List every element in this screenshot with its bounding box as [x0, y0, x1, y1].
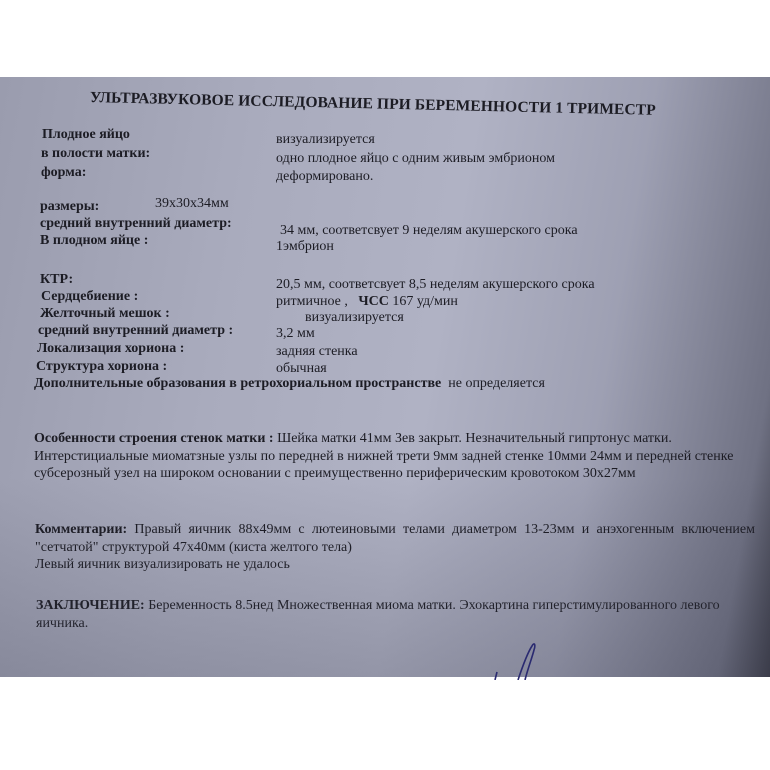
field-label: Сердцебиение :	[41, 289, 138, 305]
field-label: Локализация хориона :	[37, 341, 184, 357]
field-value: ритмичное , ЧСС 167 уд/мин	[276, 294, 458, 310]
comments-label: Комментарии:	[35, 522, 127, 537]
conclusion-section: ЗАКЛЮЧЕНИЕ: Беременность 8.5нед Множеств…	[36, 597, 766, 632]
field-label: форма:	[41, 165, 86, 181]
retrochorial-row: Дополнительные образования в ретрохориал…	[34, 376, 545, 392]
field-label: Структура хориона :	[36, 359, 167, 375]
field-label: средний внутренний диаметр:	[40, 216, 232, 232]
field-label: средний внутренний диаметр :	[38, 323, 233, 339]
comments-text-2: Левый яичник визуализировать не удалось	[35, 557, 290, 572]
walls-section: Особенности строения стенок матки : Шейк…	[34, 430, 770, 483]
field-label: КТР:	[40, 272, 73, 288]
field-value: одно плодное яйцо с одним живым эмбрионо…	[276, 151, 555, 167]
hr-label: ЧСС	[358, 294, 389, 309]
field-label: Дополнительные образования в ретрохориал…	[34, 376, 441, 391]
signature-mark	[470, 640, 590, 680]
field-label: Плодное яйцо	[42, 127, 130, 143]
field-value: деформировано.	[276, 169, 373, 185]
field-value: задняя стенка	[276, 344, 358, 360]
document-title: УЛЬТРАЗВУКОВОЕ ИССЛЕДОВАНИЕ ПРИ БЕРЕМЕНН…	[90, 89, 656, 120]
walls-label: Особенности строения стенок матки :	[34, 431, 274, 446]
field-label: Желточный мешок :	[40, 306, 170, 322]
field-value: не определяется	[448, 376, 545, 391]
document-photo: УЛЬТРАЗВУКОВОЕ ИССЛЕДОВАНИЕ ПРИ БЕРЕМЕНН…	[0, 77, 770, 677]
heartbeat-value: ритмичное ,	[276, 294, 348, 309]
field-value: 34 мм, соответсвует 9 неделям акушерског…	[280, 223, 578, 239]
field-label: размеры:	[40, 199, 99, 215]
field-value: 39x30x34мм	[155, 196, 229, 212]
comments-text: Правый яичник 88x49мм с лютеиновыми тела…	[35, 522, 755, 555]
conclusion-label: ЗАКЛЮЧЕНИЕ:	[36, 598, 145, 613]
field-label: В плодном яйце :	[40, 233, 148, 249]
field-value: визуализируется	[276, 132, 375, 148]
field-label: в полости матки:	[41, 146, 150, 162]
field-value: обычная	[276, 361, 327, 377]
field-value: визуализируется	[305, 310, 404, 326]
field-value: 3,2 мм	[276, 326, 315, 342]
comments-section: Комментарии: Правый яичник 88x49мм с лют…	[35, 521, 755, 574]
field-value: 20,5 мм, соответсвует 8,5 неделям акушер…	[276, 277, 595, 293]
field-value: 1эмбрион	[276, 239, 334, 255]
hr-value: 167 уд/мин	[392, 294, 457, 309]
